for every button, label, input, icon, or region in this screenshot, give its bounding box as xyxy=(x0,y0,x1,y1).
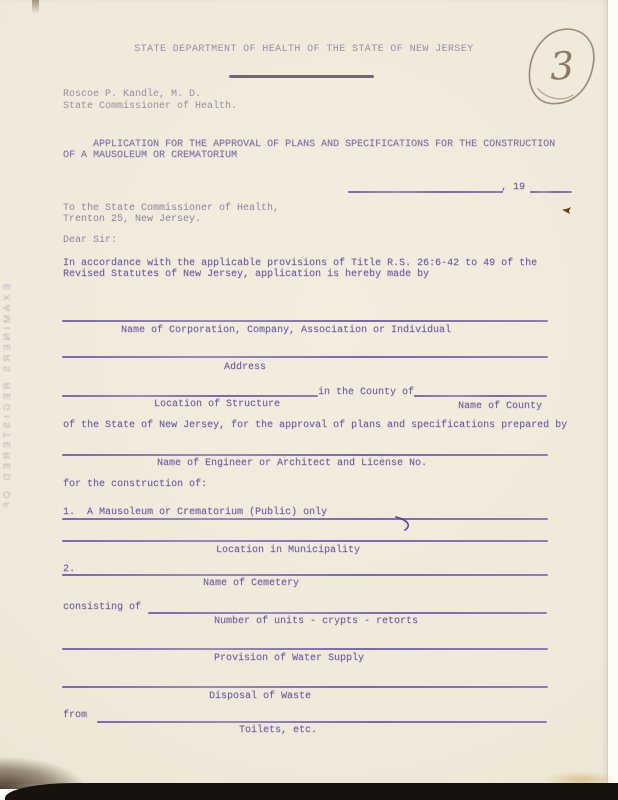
letterhead-title: STATE DEPARTMENT OF HEALTH OF THE STATE … xyxy=(61,44,547,55)
binding-edge-top xyxy=(32,0,39,14)
form-title-line1: APPLICATION FOR THE APPROVAL OF PLANS AN… xyxy=(63,139,555,150)
body-paragraph-line3: of the State of New Jersey, for the appr… xyxy=(63,420,567,431)
item1-blank-line xyxy=(62,518,548,520)
salutation: Dear Sir: xyxy=(63,235,117,246)
page-number-digit: 3 xyxy=(549,43,575,88)
county-blank-line xyxy=(414,395,547,397)
bleed-through-text: EXAMINERS REGISTERED OF xyxy=(2,284,18,574)
units-blank-line xyxy=(148,612,547,614)
address-blank-line xyxy=(62,356,548,358)
corporation-blank-line xyxy=(62,320,548,322)
municipality-blank-line xyxy=(62,540,548,542)
addressee-line2: Trenton 25, New Jersey. xyxy=(63,214,201,225)
municipality-label: Location in Municipality xyxy=(45,545,531,556)
water-blank-line xyxy=(62,648,548,650)
waste-disposal-label: Disposal of Waste xyxy=(17,691,503,702)
location-structure-blank-line xyxy=(62,395,318,397)
consisting-of-text: consisting of xyxy=(63,602,141,613)
item2-blank-line xyxy=(62,574,548,576)
form-page: EXAMINERS REGISTERED OF STATE DEPARTMENT… xyxy=(0,0,608,784)
form-title-line2: OF A MAUSOLEUM OR CREMATORIUM xyxy=(63,150,237,161)
county-inline-text: in the County of xyxy=(318,387,414,398)
item1-text: 1. A Mausoleum or Crematorium (Public) o… xyxy=(63,507,327,518)
waste-blank-line xyxy=(62,686,548,688)
body-paragraph-line1: In accordance with the applicable provis… xyxy=(63,258,537,269)
date-blank-line xyxy=(348,191,503,193)
county-label: Name of County xyxy=(458,401,542,412)
location-structure-label: Location of Structure xyxy=(154,399,280,410)
corporation-label: Name of Corporation, Company, Associatio… xyxy=(43,325,529,336)
scanner-black-edge xyxy=(5,783,618,800)
commissioner-title: State Commissioner of Health. xyxy=(63,101,237,112)
engineer-blank-line xyxy=(62,454,548,456)
addressee-line1: To the State Commissioner of Health, xyxy=(63,203,279,214)
toilets-label: Toilets, etc. xyxy=(35,725,521,736)
ink-speck xyxy=(562,207,571,214)
engineer-label: Name of Engineer or Architect and Licens… xyxy=(49,458,535,469)
date-year-prefix: , 19 xyxy=(501,182,525,193)
address-label: Address xyxy=(2,362,488,373)
date-year-blank-line xyxy=(530,191,572,193)
body-paragraph-line2: Revised Statutes of New Jersey, applicat… xyxy=(63,269,429,280)
water-supply-label: Provision of Water Supply xyxy=(46,653,532,664)
item2-number: 2. xyxy=(63,564,75,575)
commissioner-name: Roscoe P. Kandle, M. D. xyxy=(63,89,201,100)
from-text: from xyxy=(63,710,87,721)
letterhead-rule xyxy=(229,75,374,78)
check-mark-annotation xyxy=(395,516,417,532)
cemetery-label: Name of Cemetery xyxy=(8,578,494,589)
toilets-blank-line xyxy=(97,721,547,723)
construction-heading: for the construction of: xyxy=(63,479,207,490)
units-label: Number of units - crypts - retorts xyxy=(73,616,559,627)
scanned-document: EXAMINERS REGISTERED OF STATE DEPARTMENT… xyxy=(0,0,618,800)
page-number-annotation: 3 xyxy=(523,24,601,110)
